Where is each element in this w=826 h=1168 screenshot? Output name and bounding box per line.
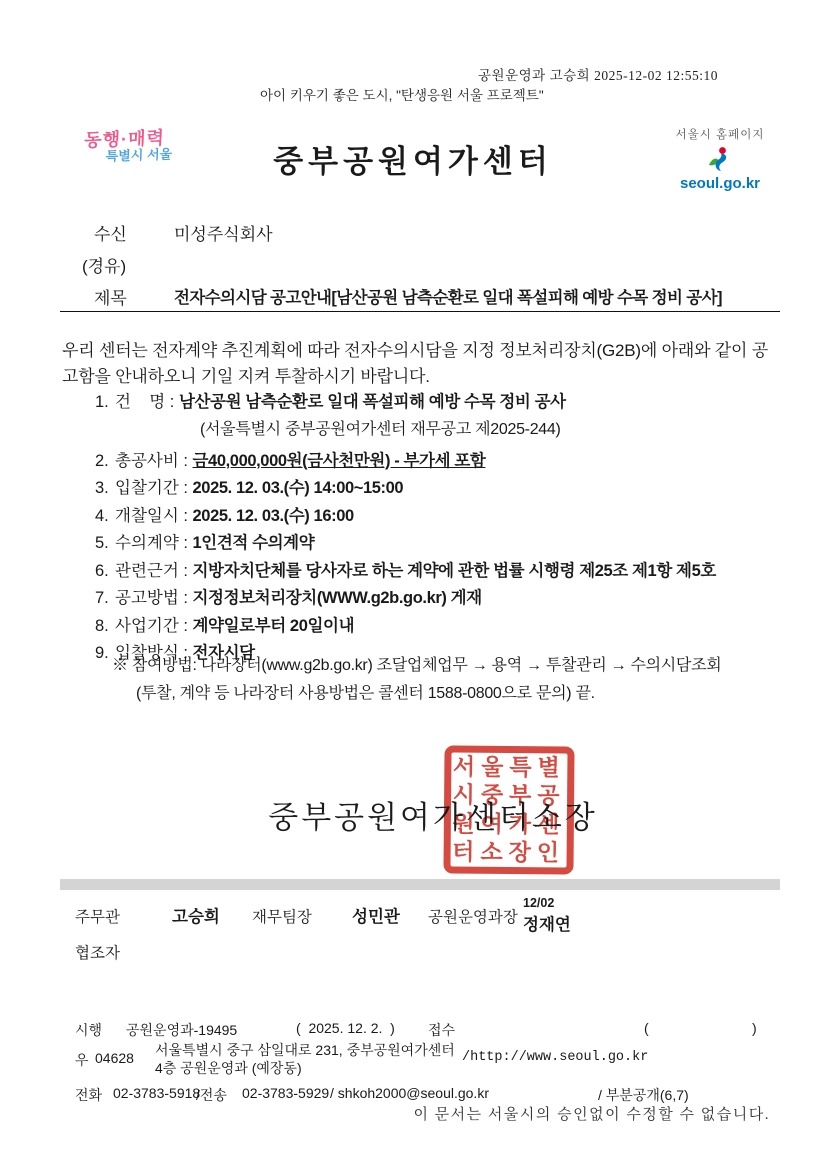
receipt-label: 접수 [428, 1020, 455, 1040]
announcement-list: 1.건 명 : 남산공원 남측순환로 일대 폭설피해 예방 수목 정비 공사 (… [95, 388, 785, 667]
office-address: 서울특별시 중구 삼일대로 231, 중부공원여가센터 4층 공원운영과 (예장… [155, 1042, 460, 1077]
tel-number: 02-3783-5918 [113, 1085, 200, 1101]
exec-number: 공원운영과-19495 [126, 1020, 237, 1040]
zip-label: 우 [75, 1050, 89, 1070]
item-value: 1인견적 수의계약 [193, 529, 315, 553]
approver-name: 고승희 [172, 903, 220, 927]
fax-number: 02-3783-5929 [242, 1085, 329, 1101]
recipient-label: 수신 [94, 220, 127, 245]
seoul-emblem-icon [705, 144, 735, 174]
via-label: (경유) [82, 252, 126, 277]
item-number: 6. [95, 562, 115, 581]
approver-role: 주무관 [75, 905, 120, 927]
item-label: 총공사비 : [115, 447, 193, 471]
sender-info: 공원운영과 고승희 2025-12-02 12:55:10 [478, 64, 718, 84]
email-address: / shkoh2000@seoul.go.kr [330, 1085, 489, 1101]
receipt-paren-close: ) [752, 1020, 757, 1036]
list-item-2: 2.총공사비 : 금40,000,000원(금사천만원) - 부가세 포함 [95, 447, 785, 475]
approval-date: 12/02 [523, 896, 554, 910]
exec-label: 시행 [75, 1020, 102, 1040]
list-item-7: 7.공고방법 : 지정정보처리장치(WWW.g2b.go.kr) 게재 [95, 584, 785, 612]
seoul-homepage-block: 서울시 홈페이지 seoul.go.kr [668, 126, 772, 192]
city-slogan: 아이 키우기 좋은 도시, "탄생응원 서울 프로젝트" [260, 84, 544, 104]
item-number: 1. [95, 393, 115, 412]
item-value: 계약일로부터 20일이내 [193, 612, 355, 636]
modification-disclaimer: 이 문서는 서울시의 승인없이 수정할 수 없습니다. [0, 1103, 770, 1124]
item-value: 지방자치단체를 당사자로 하는 계약에 관한 법률 시행령 제25조 제1항 제… [193, 557, 716, 581]
item-label: 수의계약 : [115, 529, 193, 553]
item-number: 4. [95, 507, 115, 526]
participation-method: ※ 참여방법: 나라장터(www.g2b.go.kr) 조달업체업무 → 용역 … [112, 652, 782, 680]
item-number: 5. [95, 534, 115, 553]
recipient-value: 미성주식회사 [174, 220, 273, 245]
list-item-5: 5.수의계약 : 1인견적 수의계약 [95, 529, 785, 557]
list-item-4: 4.개찰일시 : 2025. 12. 03.(수) 16:00 [95, 502, 785, 530]
stamp-row: 서울특별 [451, 755, 567, 779]
list-item-6: 6.관련근거 : 지방자치단체를 당사자로 하는 계약에 관한 법률 시행령 제… [95, 557, 785, 585]
approver-role: 공원운영과장 [428, 905, 518, 927]
list-item-8: 8.사업기간 : 계약일로부터 20일이내 [95, 612, 785, 640]
subject-label: 제목 [94, 284, 127, 309]
divider-line [60, 311, 780, 312]
approval-divider-bar [60, 879, 780, 890]
receipt-paren-open: ( [644, 1020, 649, 1036]
item-number: 8. [95, 617, 115, 636]
item-number: 7. [95, 589, 115, 608]
intro-paragraph: 우리 센터는 전자계약 추진계획에 따라 전자수의시담을 지정 정보처리장치(G… [62, 338, 778, 390]
item-label: 건 명 : [115, 388, 179, 412]
approver-name: 정재연 [523, 911, 571, 935]
homepage-label: 서울시 홈페이지 [668, 126, 772, 142]
item-number: 2. [95, 452, 115, 471]
item-label: 개찰일시 : [115, 502, 193, 526]
item-value: 2025. 12. 03.(수) 14:00~15:00 [193, 474, 404, 498]
document-page: 공원운영과 고승희 2025-12-02 12:55:10 아이 키우기 좋은 … [0, 0, 826, 1168]
list-item-3: 3.입찰기간 : 2025. 12. 03.(수) 14:00~15:00 [95, 474, 785, 502]
item-label: 공고방법 : [115, 584, 193, 608]
item-value: 남산공원 남측순환로 일대 폭설피해 예방 수목 정비 공사 [179, 388, 566, 412]
list-item-1-sub: (서울특별시 중부공원여가센터 재무공고 제2025-244) [95, 416, 785, 447]
item-value: 지정정보처리장치(WWW.g2b.go.kr) 게재 [193, 584, 482, 608]
item-value: 2025. 12. 03.(수) 16:00 [193, 502, 354, 526]
approver-role: 재무팀장 [252, 905, 312, 927]
tel-label: 전화 [75, 1085, 102, 1105]
item-label: 입찰기간 : [115, 474, 193, 498]
item-value: 금40,000,000원(금사천만원) - 부가세 포함 [193, 447, 486, 471]
website-url: /http://www.seoul.go.kr [462, 1050, 648, 1065]
approver-name: 성민관 [352, 903, 400, 927]
signer-title: 중부공원여가센터소장 [20, 792, 826, 837]
item-label: 사업기간 : [115, 612, 193, 636]
item-label: 관련근거 : [115, 557, 193, 581]
fax-label: /전송 [196, 1085, 227, 1105]
cooperator-label: 협조자 [75, 941, 120, 963]
list-item-1: 1.건 명 : 남산공원 남측순환로 일대 폭설피해 예방 수목 정비 공사 [95, 388, 785, 416]
stamp-row: 터소장인 [451, 841, 567, 865]
homepage-url: seoul.go.kr [668, 175, 772, 192]
zip-code: 04628 [95, 1050, 134, 1066]
item-number: 3. [95, 479, 115, 498]
callcenter-note: (투찰, 계약 등 나라장터 사용방법은 콜센터 1588-0800으로 문의)… [112, 680, 782, 708]
exec-date: ( 2025. 12. 2. ) [296, 1020, 395, 1036]
subject-value: 전자수의시담 공고안내[남산공원 남측순환로 일대 폭설피해 예방 수목 정비 … [174, 284, 780, 308]
participation-notes: ※ 참여방법: 나라장터(www.g2b.go.kr) 조달업체업무 → 용역 … [112, 652, 782, 707]
disclosure-level: / 부분공개(6,7) [598, 1085, 689, 1105]
